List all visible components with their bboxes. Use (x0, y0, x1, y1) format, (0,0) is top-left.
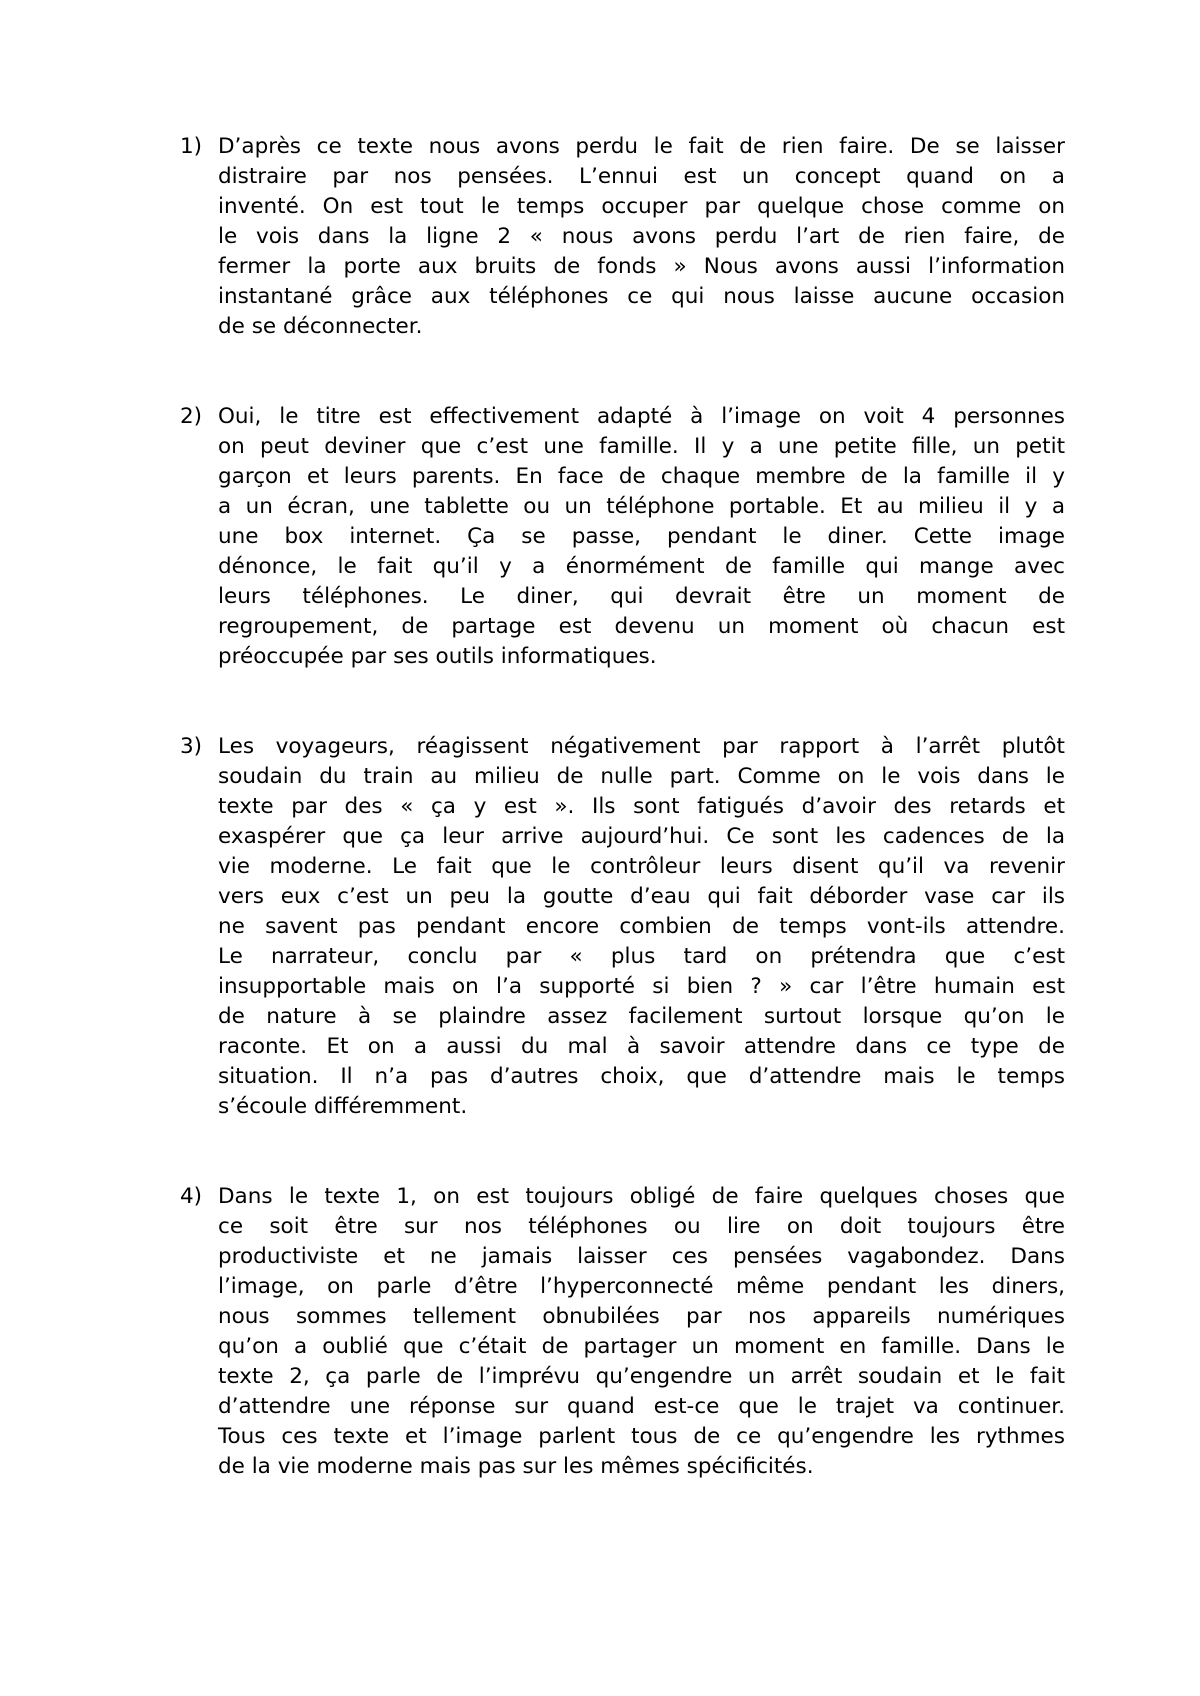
text-line: distraire par nos pensées. L’ennui est u… (218, 162, 1065, 192)
text-line: regroupement, de partage est devenu un m… (218, 612, 1065, 642)
text-line: soudain du train au milieu de nulle part… (218, 762, 1065, 792)
text-line: de se déconnecter. (218, 312, 1065, 342)
text-line: ne savent pas pendant encore combien de … (218, 912, 1065, 942)
text-line: l’image, on parle d’être l’hyperconnecté… (218, 1272, 1065, 1302)
text-line: Oui, le titre est effectivement adapté à… (218, 402, 1065, 432)
text-line: inventé. On est tout le temps occuper pa… (218, 192, 1065, 222)
text-line: vers eux c’est un peu la goutte d’eau qu… (218, 882, 1065, 912)
text-line: insupportable mais on l’a supporté si bi… (218, 972, 1065, 1002)
text-line: texte par des « ça y est ». Ils sont fat… (218, 792, 1065, 822)
text-line: raconte. Et on a aussi du mal à savoir a… (218, 1032, 1065, 1062)
text-line: de nature à se plaindre assez facilement… (218, 1002, 1065, 1032)
text-line: productiviste et ne jamais laisser ces p… (218, 1242, 1065, 1272)
text-line: Les voyageurs, réagissent négativement p… (218, 732, 1065, 762)
text-line: préoccupée par ses outils informatiques. (218, 642, 1065, 672)
text-line: fermer la porte aux bruits de fonds » No… (218, 252, 1065, 282)
text-line: a un écran, une tablette ou un téléphone… (218, 492, 1065, 522)
item-number: 2) (180, 402, 202, 432)
answer-text: Les voyageurs, réagissent négativement p… (218, 732, 1065, 1122)
text-line: d’attendre une réponse sur quand est-ce … (218, 1392, 1065, 1422)
text-line: Tous ces texte et l’image parlent tous d… (218, 1422, 1065, 1452)
text-line: D’après ce texte nous avons perdu le fai… (218, 132, 1065, 162)
text-line: instantané grâce aux téléphones ce qui n… (218, 282, 1065, 312)
text-line: le vois dans la ligne 2 « nous avons per… (218, 222, 1065, 252)
text-line: situation. Il n’a pas d’autres choix, qu… (218, 1062, 1065, 1092)
text-line: leurs téléphones. Le diner, qui devrait … (218, 582, 1065, 612)
text-line: on peut deviner que c’est une famille. I… (218, 432, 1065, 462)
text-line: ce soit être sur nos téléphones ou lire … (218, 1212, 1065, 1242)
text-line: de la vie moderne mais pas sur les mêmes… (218, 1452, 1065, 1482)
text-line: garçon et leurs parents. En face de chaq… (218, 462, 1065, 492)
text-line: s’écoule différemment. (218, 1092, 1065, 1122)
text-line: Dans le texte 1, on est toujours obligé … (218, 1182, 1065, 1212)
text-line: une box internet. Ça se passe, pendant l… (218, 522, 1065, 552)
text-line: exaspérer que ça leur arrive aujourd’hui… (218, 822, 1065, 852)
item-number: 1) (180, 132, 202, 162)
text-line: vie moderne. Le fait que le contrôleur l… (218, 852, 1065, 882)
text-line: qu’on a oublié que c’était de partager u… (218, 1332, 1065, 1362)
text-line: nous sommes tellement obnubilées par nos… (218, 1302, 1065, 1332)
item-number: 3) (180, 732, 202, 762)
text-line: texte 2, ça parle de l’imprévu qu’engend… (218, 1362, 1065, 1392)
item-number: 4) (180, 1182, 202, 1212)
text-line: Le narrateur, conclu par « plus tard on … (218, 942, 1065, 972)
answer-text: Dans le texte 1, on est toujours obligé … (218, 1182, 1065, 1482)
answer-text: D’après ce texte nous avons perdu le fai… (218, 132, 1065, 342)
text-line: dénonce, le fait qu’il y a énormément de… (218, 552, 1065, 582)
document-page: 1) D’après ce texte nous avons perdu le … (0, 0, 1200, 1696)
answer-text: Oui, le titre est effectivement adapté à… (218, 402, 1065, 672)
